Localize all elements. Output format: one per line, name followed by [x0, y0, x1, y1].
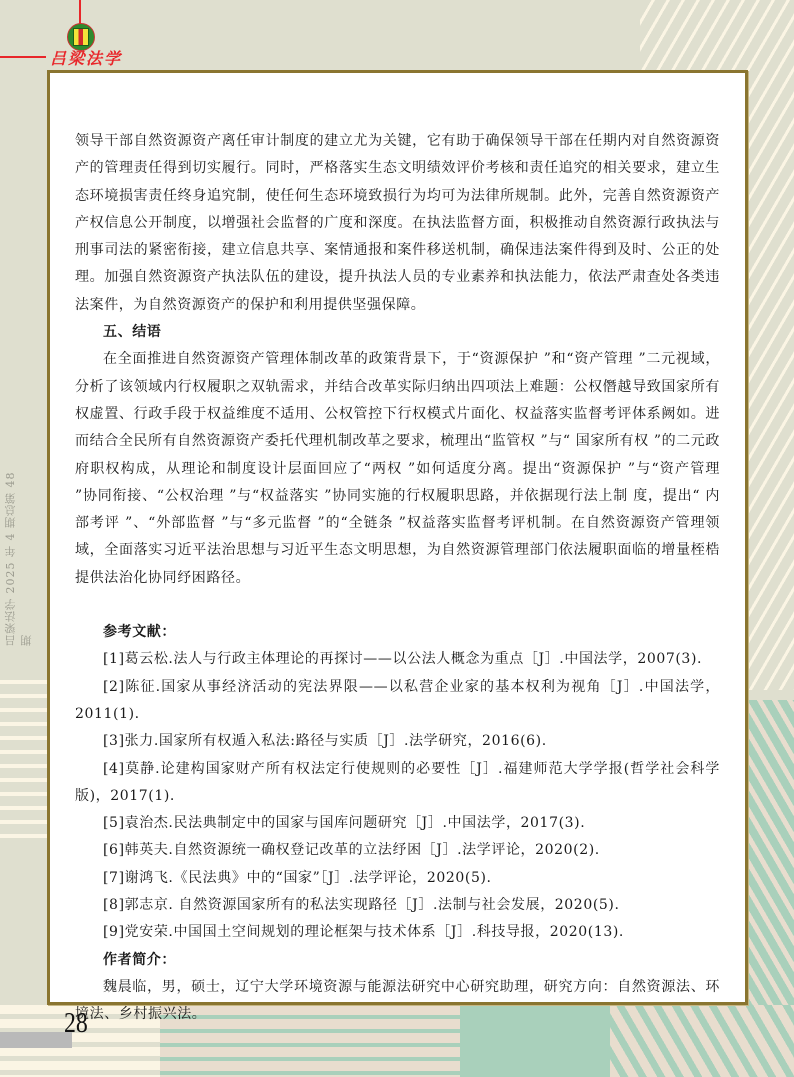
decorative-stripes-left	[0, 670, 48, 840]
header-rule-vertical	[79, 0, 81, 24]
paragraph-continued: 领导干部自然资源资产离任审计制度的建立尤为关键，它有助于确保领导干部在任期内对自…	[75, 128, 720, 319]
references-heading: 参考文献：	[75, 619, 720, 646]
reference-item: [9]党安荣.中国国土空间规划的理论框架与技术体系［J］.科技导报，2020(1…	[75, 919, 720, 946]
section-heading: 五、结语	[75, 319, 720, 346]
reference-item: [3]张力.国家所有权遁入私法:路径与实质［J］.法学研究，2016(6).	[75, 728, 720, 755]
header-rule-horizontal	[0, 56, 46, 58]
reference-item: [6]韩英夫.自然资源统一确权登记改革的立法纾困［J］.法学评论，2020(2)…	[75, 837, 720, 864]
reference-item: [4]莫静.论建构国家财产所有权法定行使规则的必要性［J］.福建师范大学学报(哲…	[75, 756, 720, 811]
author-bio: 魏晨临，男，硕士，辽宁大学环境资源与能源法研究中心研究助理，研究方向：自然资源法…	[75, 974, 720, 1029]
reference-item: [5]袁治杰.民法典制定中的国家与国库问题研究［J］.中国法学，2017(3).	[75, 810, 720, 837]
conclusion-paragraph: 在全面推进自然资源资产管理体制改革的政策背景下，于“资源保护 ”和“资产管理 ”…	[75, 346, 720, 592]
reference-item: [7]谢鸿飞.《民法典》中的“国家”［J］.法学评论，2020(5).	[75, 865, 720, 892]
journal-brand: 吕梁法学	[50, 46, 122, 69]
page-number: 28	[64, 1008, 88, 1040]
article-body: 领导干部自然资源资产离任审计制度的建立尤为关键，它有助于确保领导干部在任期内对自…	[75, 128, 720, 1029]
reference-item: [1]葛云松.法人与行政主体理论的再探讨——以公法人概念为重点［J］.中国法学，…	[75, 646, 720, 673]
author-heading: 作者简介：	[75, 947, 720, 974]
journal-issue-label: 吕梁法学 2025 年 4 期总第 48 期	[3, 466, 25, 646]
reference-item: [8]郭志京. 自然资源国家所有的私法实现路径［J］.法制与社会发展，2020(…	[75, 892, 720, 919]
page-number-bar	[0, 1032, 72, 1048]
reference-item: [2]陈征.国家从事经济活动的宪法界限——以私营企业家的基本权利为视角［J］.中…	[75, 674, 720, 729]
